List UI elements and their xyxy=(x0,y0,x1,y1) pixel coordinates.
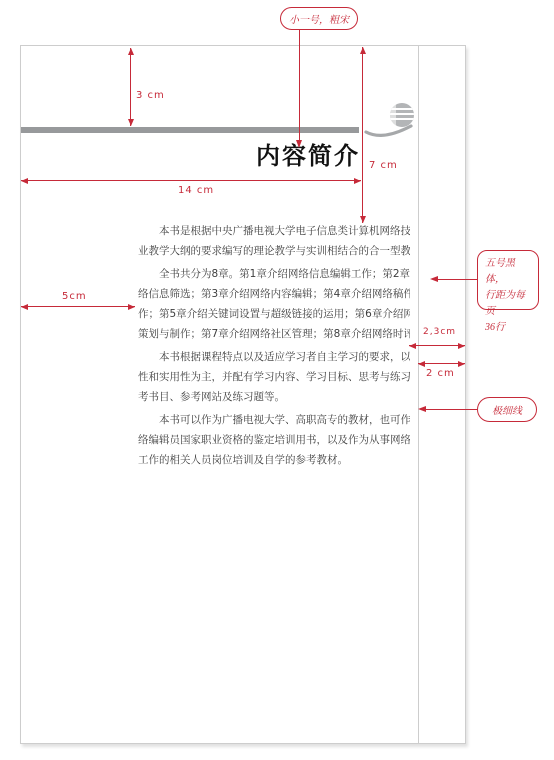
title-width-dimension-label: 14 cm xyxy=(178,185,214,196)
paragraph-line: 业教学大纲的要求编写的理论教学与实训相结合的合一型教材。 xyxy=(138,241,410,261)
paragraph-line: 本书可以作为广播电视大学、高职高专的教材，也可作为网 xyxy=(138,410,410,430)
hairline-leader-line xyxy=(425,409,477,410)
paragraph-line: 性和实用性为主，并配有学习内容、学习目标、思考与练习、参 xyxy=(138,367,410,387)
top-margin-dimension-label: 3 cm xyxy=(136,90,165,101)
paragraph-line: 作；第5章介绍关键词设置与超级链接的运用；第6章介绍网络专题 xyxy=(138,304,410,324)
title-font-callout: 小一号，粗宋 xyxy=(280,7,358,30)
layout-spec-canvas: 内容简介 本书是根据中央广播电视大学电子信息类计算机网络技术专业教学大纲的要求编… xyxy=(0,0,554,760)
title-font-leader-arrowhead-icon xyxy=(296,140,302,148)
side-outer-dimension-label: 2,3cm xyxy=(423,327,456,337)
paragraph-line: 本书根据课程特点以及适应学习者自主学习的要求，以生动 xyxy=(138,347,410,367)
book-page: 内容简介 本书是根据中央广播电视大学电子信息类计算机网络技术专业教学大纲的要求编… xyxy=(20,45,466,744)
hairline-callout: 极细线 xyxy=(477,397,537,422)
paragraph-line: 络编辑员国家职业资格的鉴定培训用书，以及作为从事网络编辑 xyxy=(138,430,410,450)
paragraph-line: 本书是根据中央广播电视大学电子信息类计算机网络技术专 xyxy=(138,221,410,241)
side-column-dimension-label: 2 cm xyxy=(426,368,455,379)
column-hairline xyxy=(418,46,419,743)
title-rule-bar xyxy=(21,127,359,133)
paragraph: 本书根据课程特点以及适应学习者自主学习的要求，以生动性和实用性为主，并配有学习内… xyxy=(138,347,410,407)
paragraph: 全书共分为8章。第1章介绍网络信息编辑工作；第2章介绍网络信息筛选；第3章介绍网… xyxy=(138,264,410,344)
paragraph-line: 络信息筛选；第3章介绍网络内容编辑；第4章介绍网络稿件标题制 xyxy=(138,284,410,304)
title-font-leader-line xyxy=(299,30,300,140)
paragraph: 本书是根据中央广播电视大学电子信息类计算机网络技术专业教学大纲的要求编写的理论教… xyxy=(138,221,410,261)
side-column-dimension-arrow xyxy=(418,363,465,364)
paragraph-line: 考书目、参考网站及练习题等。 xyxy=(138,387,410,407)
title-drop-dimension-label: 7 cm xyxy=(369,160,398,171)
page-title: 内容简介 xyxy=(21,136,360,171)
body-font-callout: 五号黑体， 行距为每页 36行 xyxy=(477,250,539,310)
body-paragraphs: 本书是根据中央广播电视大学电子信息类计算机网络技术专业教学大纲的要求编写的理论教… xyxy=(138,221,410,473)
left-margin-dimension-label: 5cm xyxy=(62,291,87,302)
title-width-dimension-arrow xyxy=(21,180,361,181)
body-font-leader-arrowhead-icon xyxy=(430,276,438,282)
hairline-leader-arrowhead-icon xyxy=(418,406,426,412)
paragraph-line: 策划与制作；第7章介绍网络社区管理；第8章介绍网络时评。 xyxy=(138,324,410,344)
side-outer-dimension-arrow xyxy=(409,345,465,346)
paragraph-line: 全书共分为8章。第1章介绍网络信息编辑工作；第2章介绍网 xyxy=(138,264,410,284)
body-font-callout-line: 五号黑体， xyxy=(485,256,531,288)
top-margin-dimension-arrow xyxy=(130,48,131,126)
body-font-callout-line: 行距为每页 xyxy=(485,288,531,320)
body-font-callout-line: 36行 xyxy=(485,320,531,336)
title-drop-dimension-arrow xyxy=(362,47,363,223)
left-margin-dimension-arrow xyxy=(21,306,135,307)
body-font-leader-line xyxy=(437,279,477,280)
paragraph: 本书可以作为广播电视大学、高职高专的教材，也可作为网络编辑员国家职业资格的鉴定培… xyxy=(138,410,410,470)
publisher-globe-logo-icon xyxy=(363,100,417,146)
paragraph-line: 工作的相关人员岗位培训及自学的参考教材。 xyxy=(138,450,410,470)
